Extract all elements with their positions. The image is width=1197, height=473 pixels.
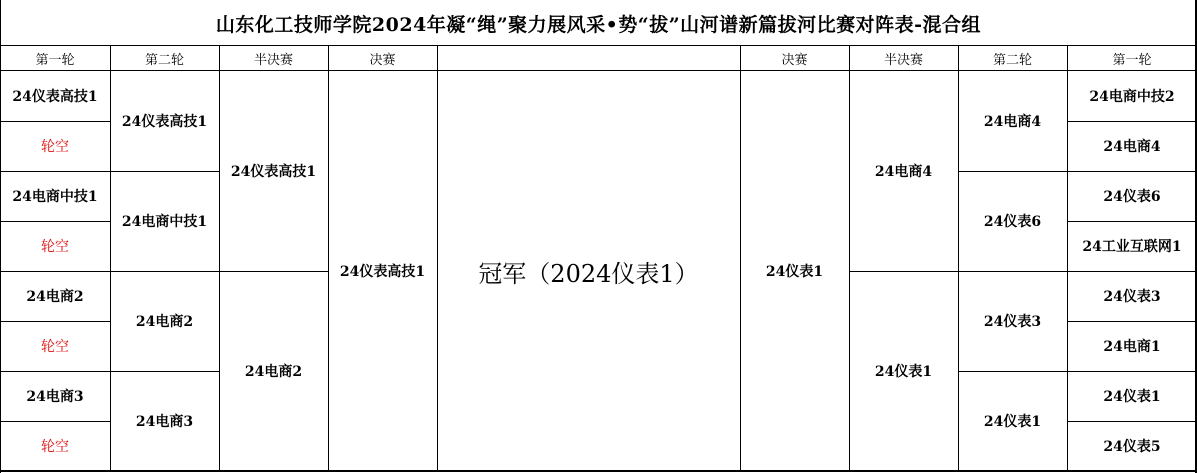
header-left-round2: 第二轮 [110, 46, 219, 71]
divider-row [958, 171, 1197, 172]
divider-row [0, 321, 110, 322]
right-round2-team: 24电商4 [958, 71, 1067, 171]
right-final-team: 24仪表1 [740, 71, 849, 471]
right-round1-team: 24电商1 [1067, 321, 1197, 371]
right-round1-team: 24仪表1 [1067, 371, 1197, 421]
divider-row [0, 171, 219, 172]
right-round1-team: 24电商中技2 [1067, 71, 1197, 121]
right-round2-team: 24仪表1 [958, 371, 1067, 471]
right-round1-team: 24电商4 [1067, 121, 1197, 171]
divider-col [437, 46, 438, 471]
divider-row [0, 121, 110, 122]
header-center [437, 46, 740, 71]
divider-row [0, 371, 219, 372]
divider-col [110, 46, 111, 471]
champion-label: 冠军（2024仪表1） [437, 71, 740, 471]
divider-col [958, 46, 959, 471]
left-round1-bye: 轮空 [0, 321, 110, 371]
bracket-sheet: 山东化工技师学院2024年凝“绳”聚力展风采•势“拔”山河谱新篇拔河比赛对阵表-… [0, 0, 1197, 473]
left-round1-bye: 轮空 [0, 421, 110, 471]
left-round1-team: 24电商中技1 [0, 171, 110, 221]
left-round1-team: 24电商3 [0, 371, 110, 421]
right-round2-team: 24仪表6 [958, 171, 1067, 271]
header-left-final: 决赛 [328, 46, 437, 71]
right-round1-team: 24仪表6 [1067, 171, 1197, 221]
right-round2-team: 24仪表3 [958, 271, 1067, 371]
right-semifinal-team: 24电商4 [849, 71, 958, 271]
header-left-round1: 第一轮 [0, 46, 110, 71]
right-semifinal-team: 24仪表1 [849, 271, 958, 471]
left-round1-bye: 轮空 [0, 121, 110, 171]
left-round2-team: 24电商3 [110, 371, 219, 471]
divider-col [1067, 46, 1068, 471]
left-round1-bye: 轮空 [0, 221, 110, 271]
header-right-final: 决赛 [740, 46, 849, 71]
header-right-round2: 第二轮 [958, 46, 1067, 71]
divider-row [0, 421, 110, 422]
left-semifinal-team: 24仪表高技1 [219, 71, 328, 271]
divider-col [849, 46, 850, 471]
header-left-semifinal: 半决赛 [219, 46, 328, 71]
sheet-title: 山东化工技师学院2024年凝“绳”聚力展风采•势“拔”山河谱新篇拔河比赛对阵表-… [0, 0, 1197, 46]
header-right-round1: 第一轮 [1067, 46, 1197, 71]
divider-header [0, 70, 1197, 71]
border-bottom [0, 470, 1197, 472]
header-right-semifinal: 半决赛 [849, 46, 958, 71]
left-round2-team: 24电商2 [110, 271, 219, 371]
left-semifinal-team: 24电商2 [219, 271, 328, 471]
left-final-team: 24仪表高技1 [328, 71, 437, 471]
divider-row [1067, 121, 1197, 122]
divider-row [849, 271, 1197, 272]
left-round2-team: 24仪表高技1 [110, 71, 219, 171]
divider-row [0, 221, 110, 222]
divider-row [1067, 421, 1197, 422]
right-round1-team: 24工业互联网1 [1067, 221, 1197, 271]
divider-title [0, 45, 1197, 46]
left-round1-team: 24仪表高技1 [0, 71, 110, 121]
left-round2-team: 24电商中技1 [110, 171, 219, 271]
divider-row [0, 271, 328, 272]
right-round1-team: 24仪表3 [1067, 271, 1197, 321]
divider-row [958, 371, 1197, 372]
right-round1-team: 24仪表5 [1067, 421, 1197, 471]
divider-row [1067, 221, 1197, 222]
divider-col [740, 46, 741, 471]
divider-col [328, 46, 329, 471]
divider-col [219, 46, 220, 471]
divider-row [1067, 321, 1197, 322]
left-round1-team: 24电商2 [0, 271, 110, 321]
